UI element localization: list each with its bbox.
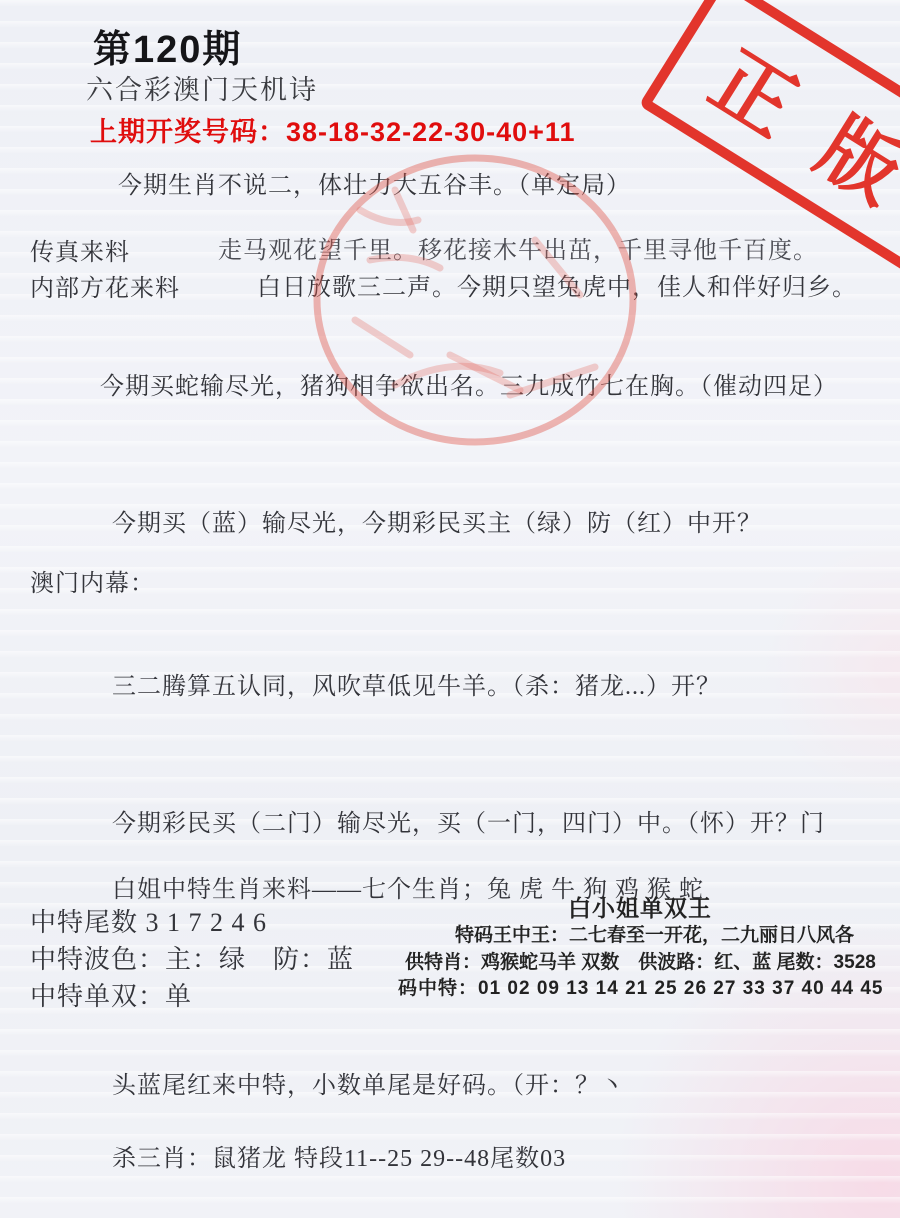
special-code-king-line: 特码王中王：二七春至一开花，二九丽日八风各: [455, 920, 854, 947]
verse-line-8: 杀三肖：鼠猪龙 特段11--25 29--48尾数03: [112, 1138, 566, 1173]
internal-source-label: 内部方花来料: [30, 268, 180, 303]
last-draw-numbers: 上期开奖号码：38-18-32-22-30-40+11: [90, 110, 575, 149]
verse-line-1: 今期生肖不说二，体壮力大五谷丰。（单定局）: [118, 165, 631, 200]
verse-line-7: 头蓝尾红来中特，小数单尾是好码。（开：？丶: [112, 1065, 625, 1100]
issue-title: 第120期: [93, 18, 242, 73]
verse-line-2: 今期买蛇输尽光，猪狗相争欲出名。三九成竹七在胸。（催动四足）: [100, 366, 838, 401]
fax-source-text: 走马观花望千里。移花接木牛出茁，千里寻他千百度。: [218, 230, 818, 265]
miss-bai-block-title: 白小姐单双王: [395, 890, 885, 923]
zodiac-wave-tail-line: 供特肖：鸡猴蛇马羊 双数 供波路：红、蓝 尾数：3528: [405, 947, 876, 974]
verse-line-4: 三二腾算五认同，风吹草低见牛羊。（杀：猪龙...）开？: [112, 666, 721, 701]
page-subtitle: 六合彩澳门天机诗: [86, 68, 318, 107]
internal-source-text: 白日放歌三二声。今期只望兔虎中，佳人和伴好归乡。: [257, 267, 857, 302]
special-code-numbers-line: 码中特：01 02 09 13 14 21 25 26 27 33 37 40 …: [398, 973, 884, 1000]
fax-document-page: { "header": { "issue": "第120期", "subtitl…: [0, 0, 900, 1218]
authentic-stamp-label: 正版: [667, 2, 900, 249]
macau-insider-label: 澳门内幕：: [30, 563, 155, 598]
verse-line-3: 今期买（蓝）输尽光，今期彩民买主（绿）防（红）中开？: [112, 503, 762, 538]
verse-line-5: 今期彩民买（二门）输尽光，买（一门，四门）中。（怀）开？门: [112, 803, 825, 838]
special-tail-numbers: 中特尾数 3 1 7 2 4 6: [30, 902, 267, 939]
fax-source-label: 传真来料: [30, 232, 130, 267]
special-odd-even: 中特单双：单: [30, 976, 192, 1013]
special-wave-color: 中特波色：主：绿 防：蓝: [30, 939, 354, 976]
